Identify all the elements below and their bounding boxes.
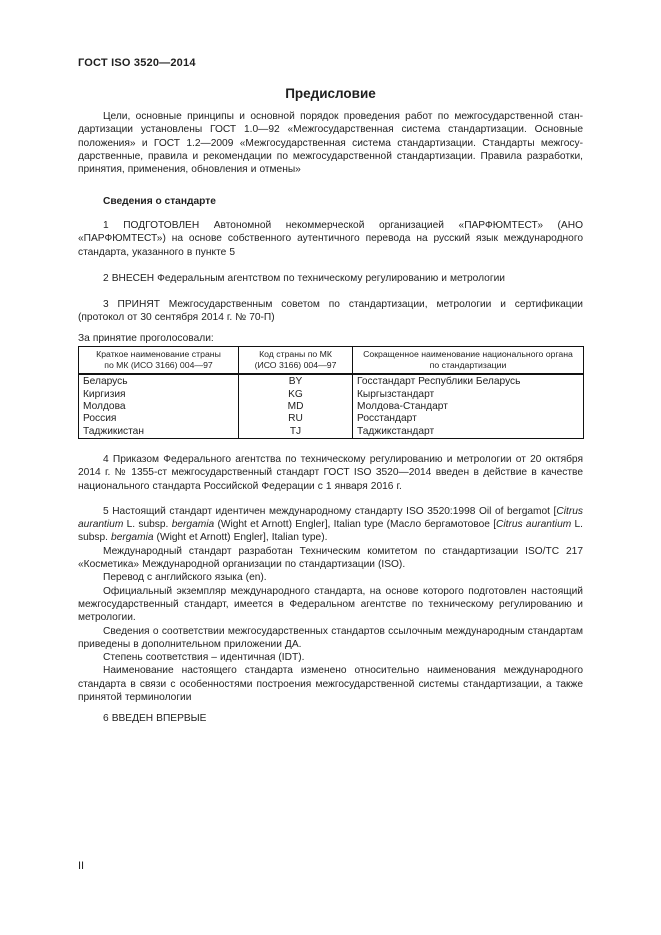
cell-country: Молдова <box>79 401 239 413</box>
cell-code: KG <box>239 389 353 401</box>
cell-country: Россия <box>79 413 239 425</box>
table-row: Таджикистан TJ Таджикстандарт <box>79 426 584 439</box>
standard-info-item-6: 6 ВВЕДЕН ВПЕРВЫЕ <box>78 712 583 725</box>
table-row: Беларусь BY Госстандарт Республики Белар… <box>79 374 584 388</box>
conformity-degree-paragraph: Степень соответствия – идентичная (IDT). <box>78 651 583 664</box>
vote-table-header-org: Сокращенное наименование национального о… <box>353 347 584 375</box>
standard-info-item-4: 4 Приказом Федерального агентства по тех… <box>78 453 583 493</box>
latin-name-italic: Citrus aurantium <box>496 519 571 530</box>
text-run: (Wight et Arnott) Engler], Italian type)… <box>154 532 328 543</box>
document-code: ГОСТ ISO 3520—2014 <box>78 57 583 69</box>
page-title: Предисловие <box>78 86 583 101</box>
cell-country: Беларусь <box>79 374 239 388</box>
standard-info-item-2: 2 ВНЕСЕН Федеральным агентством по техни… <box>78 272 583 285</box>
committee-paragraph: Международный стандарт разработан Технич… <box>78 545 583 572</box>
preface-intro-paragraph: Цели, основные принципы и основной поряд… <box>78 110 583 176</box>
renaming-paragraph: Наименование настоящего стандарта измене… <box>78 664 583 704</box>
cell-code: RU <box>239 413 353 425</box>
cell-org: Кыргызстандарт <box>353 389 584 401</box>
standard-info-item-3: 3 ПРИНЯТ Межгосударственным советом по с… <box>78 298 583 325</box>
latin-name-italic: bergamia <box>172 519 214 530</box>
document-page: ГОСТ ISO 3520—2014 Предисловие Цели, осн… <box>0 0 661 935</box>
cell-code: BY <box>239 374 353 388</box>
standard-info-item-5: 5 Настоящий стандарт идентичен междунаро… <box>78 505 583 545</box>
cell-org: Росстандарт <box>353 413 584 425</box>
standard-info-item-1: 1 ПОДГОТОВЛЕН Автономной некоммерческой … <box>78 219 583 259</box>
latin-name-italic: bergamia <box>111 532 153 543</box>
translation-paragraph: Перевод с английского языка (en). <box>78 571 583 584</box>
table-row: Россия RU Росстандарт <box>79 413 584 425</box>
official-copy-paragraph: Официальный экземпляр международного ста… <box>78 585 583 625</box>
vote-table-header-row: Краткое наименование страны по МК (ИСО 3… <box>79 347 584 375</box>
correspondence-paragraph: Сведения о соответствии межгосударственн… <box>78 625 583 652</box>
text-run: L. subsp. <box>123 519 171 530</box>
section-heading-standard-info: Сведения о стандарте <box>78 195 583 208</box>
cell-country: Киргизия <box>79 389 239 401</box>
cell-org: Госстандарт Республики Беларусь <box>353 374 584 388</box>
table-row: Киргизия KG Кыргызстандарт <box>79 389 584 401</box>
page-content: ГОСТ ISO 3520—2014 Предисловие Цели, осн… <box>78 57 583 726</box>
vote-table: Краткое наименование страны по МК (ИСО 3… <box>78 346 584 439</box>
vote-table-header-code: Код страны по МК (ИСО 3166) 004—97 <box>239 347 353 375</box>
table-row: Молдова MD Молдова-Стандарт <box>79 401 584 413</box>
cell-country: Таджикистан <box>79 426 239 439</box>
standard-info-item-5-block: 5 Настоящий стандарт идентичен междунаро… <box>78 505 583 704</box>
page-number: II <box>78 860 84 873</box>
text-run: 5 Настоящий стандарт идентичен междунаро… <box>103 506 556 517</box>
text-run: (Wight et Arnott) Engler], Italian type … <box>214 519 496 530</box>
cell-org: Таджикстандарт <box>353 426 584 439</box>
cell-code: MD <box>239 401 353 413</box>
cell-org: Молдова-Стандарт <box>353 401 584 413</box>
vote-table-caption: За принятие проголосовали: <box>78 332 583 345</box>
vote-table-header-country: Краткое наименование страны по МК (ИСО 3… <box>79 347 239 375</box>
cell-code: TJ <box>239 426 353 439</box>
